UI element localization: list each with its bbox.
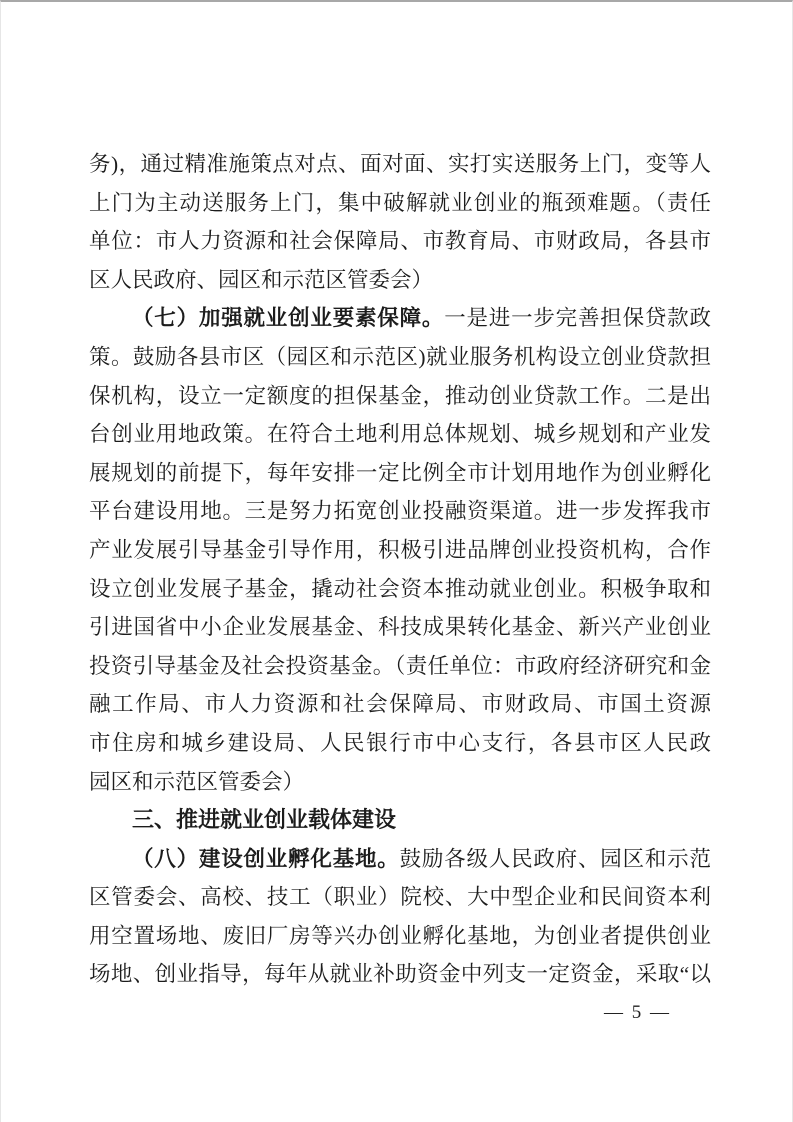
paragraph-line: 融工作局、市人力资源和社会保障局、市财政局、市国土资源局、 [89,685,711,724]
document-body: 务)，通过精准施策点对点、面对面、实打实送服务上门，变等人 上门为主动送服务上门… [89,145,711,994]
line-text: 展规划的前提下，每年安排一定比例全市计划用地作为创业孵化 [89,461,711,485]
line-text: 引进国省中小企业发展基金、科技成果转化基金、新兴产业创业 [89,615,711,639]
paragraph-line: 设立创业发展子基金，撬动社会资本推动就业创业。积极争取和 [89,570,711,609]
line-text: 用空置场地、废旧厂房等兴办创业孵化基地，为创业者提供创业 [89,924,711,948]
line-text: 园区和示范区管委会） [89,770,304,794]
paragraph-line: 务)，通过精准施策点对点、面对面、实打实送服务上门，变等人 [89,145,711,184]
paragraph-line: 平台建设用地。三是努力拓宽创业投融资渠道。进一步发挥我市 [89,492,711,531]
line-text: 场地、创业指导，每年从就业补助资金中列支一定资金，采取“以 [89,962,711,986]
line-text: 策。鼓励各县市区（园区和示范区)就业服务机构设立创业贷款担 [89,345,711,369]
line-text: 台创业用地政策。在符合土地利用总体规划、城乡规划和产业发 [89,422,711,446]
line-text: 平台建设用地。三是努力拓宽创业投融资渠道。进一步发挥我市 [89,499,711,523]
paragraph-line: 场地、创业指导，每年从就业补助资金中列支一定资金，采取“以 [89,955,711,994]
clause-heading: （八）建设创业孵化基地。 [132,847,400,871]
paragraph-line: 产业发展引导基金引导作用，积极引进品牌创业投资机构，合作 [89,531,711,570]
line-text: 一是进一步完善担保贷款政 [444,306,711,330]
paragraph-line: 保机构，设立一定额度的担保基金，推动创业贷款工作。二是出 [89,377,711,416]
paragraph-line: 投资引导基金及社会投资基金。（责任单位：市政府经济研究和金 [89,647,711,686]
paragraph-line: 策。鼓励各县市区（园区和示范区)就业服务机构设立创业贷款担 [89,338,711,377]
clause-heading: （七）加强就业创业要素保障。 [132,306,444,330]
paragraph-line: 展规划的前提下，每年安排一定比例全市计划用地作为创业孵化 [89,454,711,493]
line-text: 融工作局、市人力资源和社会保障局、市财政局、市国土资源局、 [89,692,711,724]
line-text: 设立创业发展子基金，撬动社会资本推动就业创业。积极争取和 [89,577,711,601]
paragraph-line: 上门为主动送服务上门，集中破解就业创业的瓶颈难题。（责任 [89,184,711,223]
document-page: 务)，通过精准施策点对点、面对面、实打实送服务上门，变等人 上门为主动送服务上门… [0,0,793,1122]
line-text: 市住房和城乡建设局、人民银行市中心支行，各县市区人民政府、 [89,731,711,763]
paragraph-line: 园区和示范区管委会） [89,763,711,802]
paragraph-line: 引进国省中小企业发展基金、科技成果转化基金、新兴产业创业 [89,608,711,647]
paragraph-line: 区管委会、高校、技工（职业）院校、大中型企业和民间资本利 [89,878,711,917]
line-text: 三、推进就业创业载体建设 [132,807,396,832]
paragraph-line: 用空置场地、废旧厂房等兴办创业孵化基地，为创业者提供创业 [89,917,711,956]
paragraph-line: 区人民政府、园区和示范区管委会） [89,261,711,300]
paragraph-line: 单位：市人力资源和社会保障局、市教育局、市财政局，各县市 [89,222,711,261]
line-text: 务)，通过精准施策点对点、面对面、实打实送服务上门，变等人 [89,152,711,176]
paragraph-line: （七）加强就业创业要素保障。一是进一步完善担保贷款政 [89,299,711,338]
page-number: — 5 — [89,1000,711,1026]
section-heading: 三、推进就业创业载体建设 [89,801,711,840]
paragraph-line: （八）建设创业孵化基地。鼓励各级人民政府、园区和示范 [89,840,711,879]
line-text: 区管委会、高校、技工（职业）院校、大中型企业和民间资本利 [89,885,711,909]
line-text: 投资引导基金及社会投资基金。（责任单位：市政府经济研究和金 [89,654,711,678]
paragraph-line: 市住房和城乡建设局、人民银行市中心支行，各县市区人民政府、 [89,724,711,763]
line-text: 产业发展引导基金引导作用，积极引进品牌创业投资机构，合作 [89,538,711,562]
line-text: 单位：市人力资源和社会保障局、市教育局、市财政局，各县市 [89,229,711,253]
line-text: 上门为主动送服务上门，集中破解就业创业的瓶颈难题。（责任 [89,191,711,215]
paragraph-line: 台创业用地政策。在符合土地利用总体规划、城乡规划和产业发 [89,415,711,454]
line-text: 保机构，设立一定额度的担保基金，推动创业贷款工作。二是出 [89,384,711,408]
line-text: 区人民政府、园区和示范区管委会） [89,268,433,292]
line-text: 鼓励各级人民政府、园区和示范 [400,847,711,871]
